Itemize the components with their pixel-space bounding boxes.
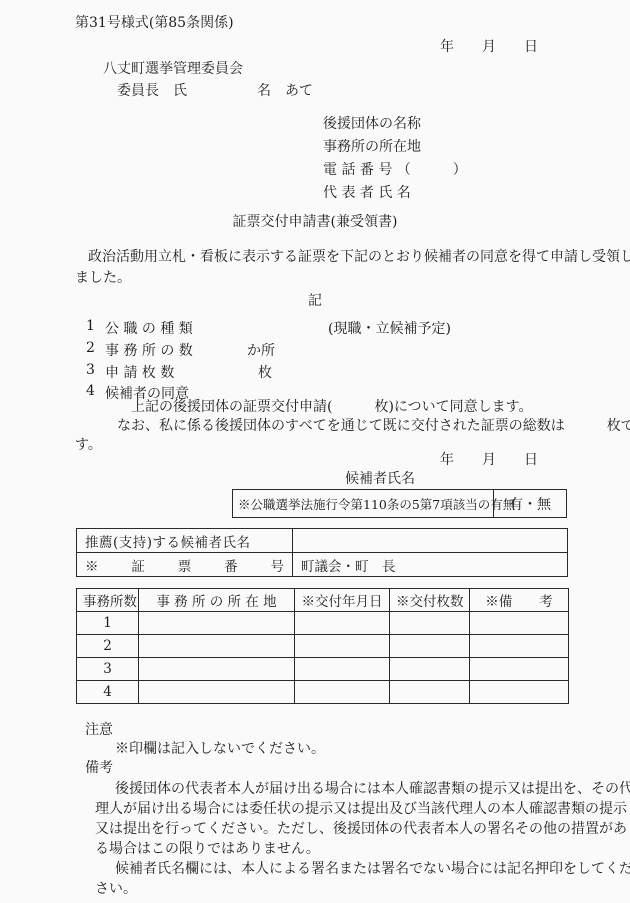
col-remarks-header: ※備 考 bbox=[470, 589, 569, 612]
caution-label: 注意 bbox=[85, 722, 113, 739]
office-number-cell: 2 bbox=[77, 635, 139, 658]
nao-line-1: なお、私に係る後援団体のすべてを通じて既に交付された証票の総数は 枚で bbox=[75, 418, 630, 435]
org-representative-line: 代 表 者 氏 名 bbox=[323, 185, 411, 202]
certificate-number-label: ※ 証 票 番 号 bbox=[77, 553, 293, 577]
date-line-top: 年 月 日 bbox=[440, 39, 538, 56]
remarks-cell bbox=[470, 658, 569, 681]
law-clause-value: 有・無 bbox=[494, 490, 566, 517]
office-address-cell bbox=[139, 658, 295, 681]
form-title: 証票交付申請書(兼受領書) bbox=[0, 214, 630, 231]
col-issue-count-header: ※交付枚数 bbox=[390, 589, 470, 612]
table-row: 1 bbox=[77, 612, 569, 635]
remark-line: 理人が届け出る場合には委任状の提示又は提出及び当該代理人の本人確認書類の提示 bbox=[95, 799, 575, 819]
date-line-mid: 年 月 日 bbox=[440, 452, 538, 469]
record-heading: 記 bbox=[0, 293, 630, 310]
item-label: 申 請 枚 数 bbox=[105, 362, 174, 382]
addressee-line: 委員長 氏 名 あて bbox=[117, 83, 313, 100]
issue-date-cell bbox=[295, 681, 390, 704]
form-page: 第31号様式(第85条関係) 年 月 日 八丈町選挙管理委員会 委員長 氏 名 … bbox=[0, 0, 630, 903]
item-value: か所 bbox=[247, 340, 275, 360]
office-address-cell bbox=[139, 612, 295, 635]
col-office-count-header: 事務所数 bbox=[77, 589, 139, 612]
office-address-cell bbox=[139, 635, 295, 658]
remark-line: 後援団体の代表者本人が届け出る場合には本人確認書類の提示又は提出を、その代 bbox=[95, 779, 575, 799]
remarks-paragraph: 後援団体の代表者本人が届け出る場合には本人確認書類の提示又は提出を、その代 理人… bbox=[95, 779, 575, 899]
remark-line: る場合はこの限りではありません。 bbox=[95, 839, 575, 859]
remark-line: さい。 bbox=[95, 879, 575, 899]
item-value: (現職・立候補予定) bbox=[328, 318, 451, 338]
item-number: 2 bbox=[86, 340, 95, 356]
item-number: 4 bbox=[86, 383, 95, 399]
org-address-line: 事務所の所在地 bbox=[323, 139, 421, 156]
table-row: ※ 証 票 番 号 町議会・町 長 bbox=[77, 553, 568, 577]
form-number: 第31号様式(第85条関係) bbox=[75, 15, 234, 32]
item-row-office-count: 2 事 務 所 の 数 か所 bbox=[0, 340, 630, 360]
remarks-label: 備考 bbox=[85, 760, 113, 777]
remarks-cell bbox=[470, 681, 569, 704]
col-issue-date-header: ※交付年月日 bbox=[295, 589, 390, 612]
remark-line: 候補者氏名欄には、本人による署名または署名でない場合には記名押印をしてくだ bbox=[95, 859, 575, 879]
remarks-cell bbox=[470, 612, 569, 635]
issue-date-cell bbox=[295, 658, 390, 681]
col-office-address-header: 事 務 所 の 所 在 地 bbox=[139, 589, 295, 612]
org-phone-line: 電 話 番 号 （ ） bbox=[323, 162, 467, 179]
item-number: 1 bbox=[86, 318, 95, 334]
body-paragraph-line-1: 政治活動用立札・看板に表示する証票を下記のとおり候補者の同意を得て申請し受領し bbox=[75, 249, 630, 266]
table-row: 2 bbox=[77, 635, 569, 658]
item-value: 枚 bbox=[258, 362, 272, 382]
issue-count-cell bbox=[390, 658, 470, 681]
office-number-cell: 3 bbox=[77, 658, 139, 681]
office-address-cell bbox=[139, 681, 295, 704]
issue-date-cell bbox=[295, 635, 390, 658]
table-row: 4 bbox=[77, 681, 569, 704]
office-table-header-row: 事務所数 事 務 所 の 所 在 地 ※交付年月日 ※交付枚数 ※備 考 bbox=[77, 589, 569, 612]
issue-count-cell bbox=[390, 635, 470, 658]
nao-line-2: す。 bbox=[75, 437, 102, 454]
law-clause-box: ※公職選挙法施行令第110条の5第7項該当の有無 有・無 bbox=[232, 489, 567, 518]
certificate-number-value: 町議会・町 長 bbox=[293, 553, 568, 577]
table-row: 推薦(支持)する候補者氏名 bbox=[77, 529, 568, 553]
recommended-candidate-label: 推薦(支持)する候補者氏名 bbox=[77, 529, 293, 553]
law-clause-label: ※公職選挙法施行令第110条の5第7項該当の有無 bbox=[233, 490, 494, 517]
issue-count-cell bbox=[390, 612, 470, 635]
item-number: 3 bbox=[86, 362, 95, 378]
item-row-public-office: 1 公 職 の 種 類 (現職・立候補予定) bbox=[0, 318, 630, 338]
issue-count-cell bbox=[390, 681, 470, 704]
consent-line: 上記の後援団体の証票交付申請( 枚)について同意します。 bbox=[131, 399, 533, 416]
table-row: 3 bbox=[77, 658, 569, 681]
candidate-name-label: 候補者氏名 bbox=[345, 471, 415, 488]
office-number-cell: 1 bbox=[77, 612, 139, 635]
item-label: 事 務 所 の 数 bbox=[105, 340, 193, 360]
recommended-candidate-value bbox=[293, 529, 568, 553]
remark-line: 又は提出を行ってください。ただし、後援団体の代表者本人の署名その他の措置があ bbox=[95, 819, 575, 839]
recommendation-table: 推薦(支持)する候補者氏名 ※ 証 票 番 号 町議会・町 長 bbox=[76, 528, 568, 577]
org-name-line: 後援団体の名称 bbox=[323, 116, 421, 133]
caution-text: ※印欄は記入しないでください。 bbox=[115, 741, 325, 758]
issue-date-cell bbox=[295, 612, 390, 635]
body-paragraph-line-2: ました。 bbox=[75, 270, 131, 287]
office-table: 事務所数 事 務 所 の 所 在 地 ※交付年月日 ※交付枚数 ※備 考 1 2… bbox=[76, 588, 569, 704]
remarks-cell bbox=[470, 635, 569, 658]
committee-name: 八丈町選挙管理委員会 bbox=[103, 61, 243, 78]
item-row-sheet-count: 3 申 請 枚 数 枚 bbox=[0, 362, 630, 382]
office-number-cell: 4 bbox=[77, 681, 139, 704]
item-label: 公 職 の 種 類 bbox=[105, 318, 193, 338]
